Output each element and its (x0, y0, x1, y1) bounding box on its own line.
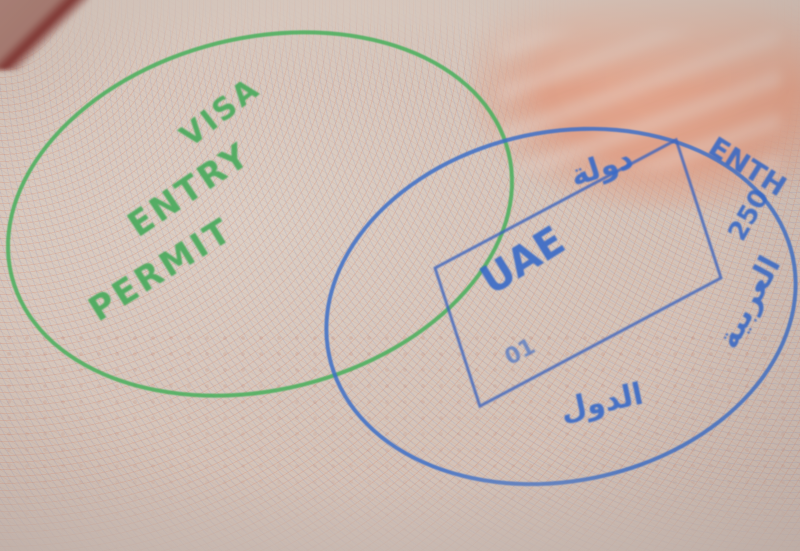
passport-photo: VISA ENTRY PERMIT UAE ENTH 250 دولة العر… (0, 0, 800, 551)
bottom-focus-blur (0, 470, 800, 551)
passport-page-edge (0, 0, 90, 70)
